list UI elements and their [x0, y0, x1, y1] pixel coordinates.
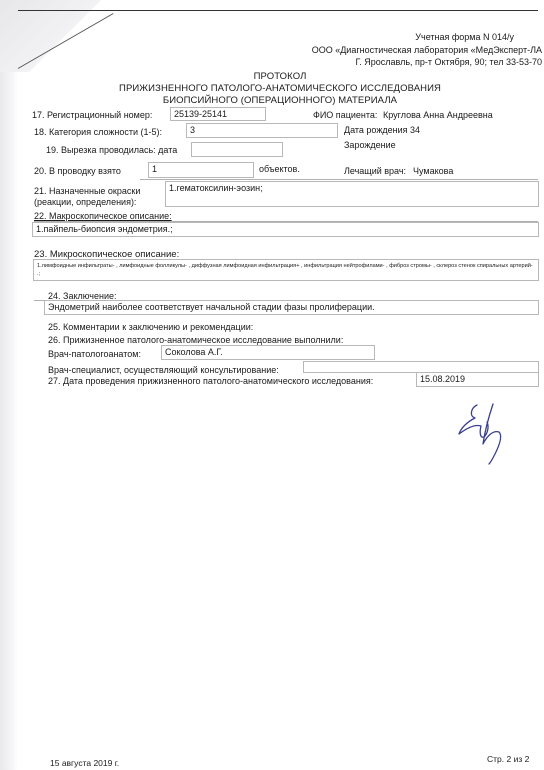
pathologist-field[interactable]: Соколова А.Г.	[161, 345, 375, 360]
comments-label: 25. Комментарии к заключению и рекоменда…	[48, 322, 253, 332]
complexity-field[interactable]: 3	[186, 123, 338, 138]
cutting-label: 19. Вырезка проводилась: дата	[46, 145, 177, 155]
macro-field[interactable]: 1.пайпель-биопсия эндометрия.;	[32, 222, 539, 237]
registration-label: 17. Регистрационный номер:	[32, 110, 152, 120]
objects-count-value: 1	[152, 164, 157, 174]
objects-label: 20. В проводку взято	[34, 166, 121, 176]
doctor-value: Чумакова	[413, 166, 453, 176]
divider-line	[140, 179, 538, 180]
birth-date-value: 34	[410, 125, 420, 135]
patient-value: Круглова Анна Андреевна	[383, 110, 493, 120]
scan-edge-shadow	[0, 0, 18, 770]
study-date-field[interactable]: 15.08.2019	[416, 372, 539, 387]
protocol-subtitle-2: БИОПСИЙНОГО (ОПЕРАЦИОННОГО) МАТЕРИАЛА	[110, 95, 450, 106]
registration-value: 25139-25141	[174, 109, 227, 119]
form-number: Учетная форма N 014/у	[415, 32, 514, 42]
organization-address: Г. Ярославль, пр-т Октября, 90; тел 33-5…	[355, 57, 542, 67]
pathologist-value: Соколова А.Г.	[165, 347, 223, 357]
study-date-label: 27. Дата проведения прижизненного патоло…	[48, 376, 373, 386]
page-number: Стр. 2 из 2	[487, 754, 529, 764]
performed-by-label: 26. Прижизненное патолого-анатомическое …	[48, 335, 343, 345]
objects-count-field[interactable]: 1	[148, 162, 254, 178]
macro-label: 22. Макроскопическое описание:	[34, 211, 172, 221]
micro-value: 1.лимфоидные инфильтраты- , лимфоидные ф…	[37, 263, 533, 277]
objects-suffix: объектов.	[259, 164, 300, 174]
macro-value: 1.пайпель-биопсия эндометрия.;	[36, 224, 173, 234]
doctor-label: Лечащий врач:	[344, 166, 406, 176]
conclusion-field[interactable]: Эндометрий наиболее соответствует началь…	[44, 300, 539, 315]
protocol-subtitle-1: ПРИЖИЗНЕННОГО ПАТОЛОГО-АНАТОМИЧЕСКОГО ИС…	[110, 83, 450, 94]
cutting-date-field[interactable]	[191, 142, 283, 157]
complexity-label: 18. Категория сложности (1-5):	[34, 127, 162, 137]
study-date-value: 15.08.2019	[420, 374, 465, 384]
stains-value: 1.гематоксилин-эозин;	[169, 183, 263, 193]
birth-date-label: Дата рождения 34	[344, 125, 420, 135]
registration-field[interactable]: 25139-25141	[170, 107, 266, 121]
micro-field[interactable]: 1.лимфоидные инфильтраты- , лимфоидные ф…	[33, 259, 539, 281]
stains-label-line2: (реакции, определения):	[34, 197, 136, 207]
stains-field[interactable]: 1.гематоксилин-эозин;	[165, 181, 539, 207]
stains-label-line1: 21. Назначенные окраски	[34, 186, 140, 196]
scan-top-edge-line	[18, 10, 538, 11]
consultant-label: Врач-специалист, осуществляющий консульт…	[48, 365, 279, 375]
handwritten-signature-icon	[455, 400, 515, 470]
complexity-value: 3	[190, 125, 195, 135]
protocol-title: ПРОТОКОЛ	[110, 71, 450, 82]
patient-label: ФИО пациента:	[313, 110, 377, 120]
organization-name: ООО «Диагностическая лаборатория «МедЭкс…	[312, 45, 542, 55]
footer-date: 15 августа 2019 г.	[50, 758, 119, 768]
pregnancy-label: Зарождение	[344, 140, 396, 150]
pathologist-label: Врач-патологоанатом:	[48, 349, 141, 359]
conclusion-value: Эндометрий наиболее соответствует началь…	[48, 302, 375, 312]
